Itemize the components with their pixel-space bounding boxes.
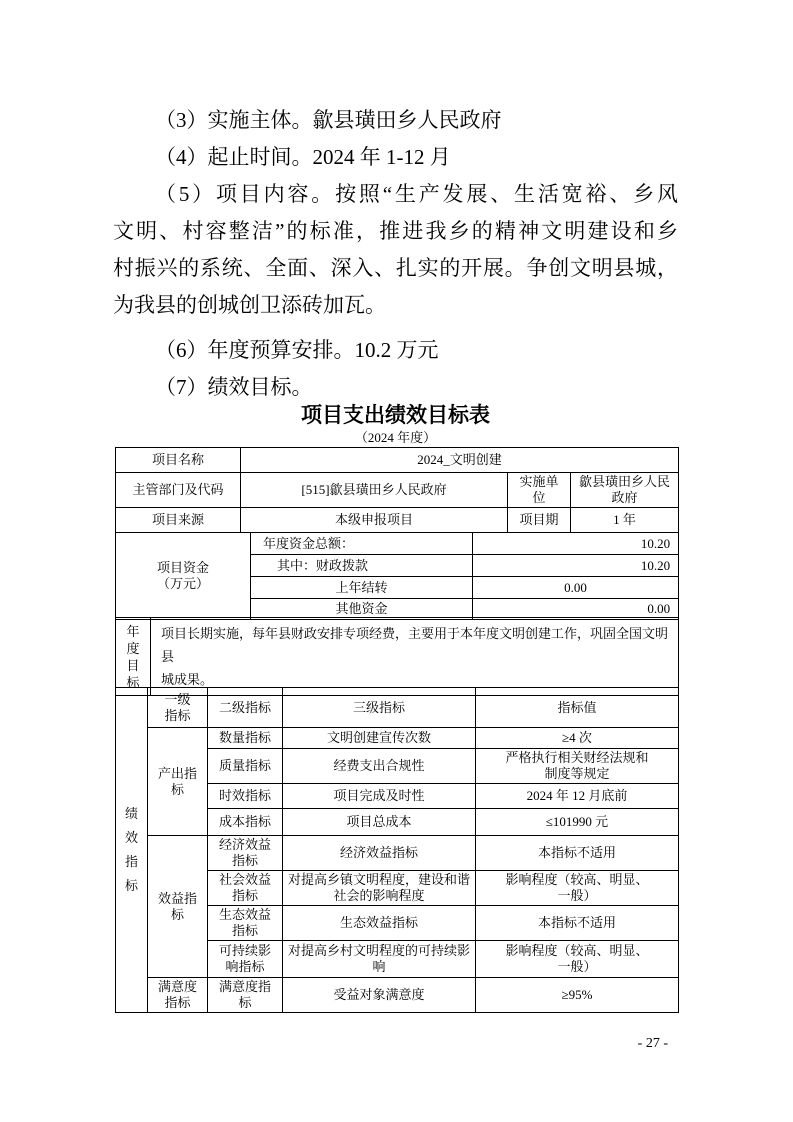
cell-impl-unit-value: 歙县璜田乡人民 政府 [571, 473, 679, 508]
cell-performance-label: 绩效指标 [116, 688, 148, 1013]
cell-satisfaction-group: 满意度 指标 [148, 978, 208, 1013]
row-quantity: 产出指 标 数量指标 文明创建宣传次数 ≥4 次 [116, 728, 679, 749]
indicator-table: 绩效指标 一级 指标 二级指标 三级指标 指标值 产出指 标 数量指标 文明创建… [115, 687, 679, 1013]
paragraph-line-6: （6）年度预算安排。10.2 万元 [113, 332, 678, 369]
cell-social-value: 影响程度（较高、明显、 一般） [476, 871, 679, 906]
cell-sustainable-l2: 可持续影 响指标 [208, 941, 283, 978]
cell-source-value: 本级申报项目 [241, 508, 508, 533]
cell-economic-l2: 经济效益 指标 [208, 836, 283, 871]
cell-cost-value: ≤101990 元 [476, 809, 679, 836]
cell-timeliness-l3: 项目完成及时性 [283, 784, 476, 809]
paragraph-line-4: （4）起止时间。2024 年 1-12 月 [113, 139, 678, 176]
cell-cost-l2: 成本指标 [208, 809, 283, 836]
cell-social-l2: 社会效益 指标 [208, 871, 283, 906]
cell-satisfaction-l2: 满意度指 标 [208, 978, 283, 1013]
row-source: 项目来源 本级申报项目 项目期 1 年 [116, 508, 679, 533]
paragraph-line-5b: 文明、村容整洁”的标准，推进我乡的精神文明建设和乡 [113, 213, 678, 250]
cell-funding-total-label: 年度资金总额： [251, 533, 473, 555]
cell-project-name-label: 项目名称 [116, 448, 241, 473]
cell-funding-label: 项目资金 （万元） [116, 533, 251, 620]
cell-quality-l2: 质量指标 [208, 749, 283, 784]
cell-satisfaction-value: ≥95% [476, 978, 679, 1013]
cell-output-group: 产出指 标 [148, 728, 208, 836]
info-table: 项目名称 2024_文明创建 主管部门及代码 [515]歙县璜田乡人民政府 实施… [115, 447, 679, 620]
header-level2: 二级指标 [208, 688, 283, 728]
cell-social-l3: 对提高乡镇文明程度，建设和谐 社会的影响程度 [283, 871, 476, 906]
cell-quantity-l3: 文明创建宣传次数 [283, 728, 476, 749]
row-satisfaction: 满意度 指标 满意度指 标 受益对象满意度 ≥95% [116, 978, 679, 1013]
cell-dept-label: 主管部门及代码 [116, 473, 241, 508]
header-value: 指标值 [476, 688, 679, 728]
cell-funding-fiscal-value: 10.20 [473, 555, 679, 577]
row-indicator-header: 绩效指标 一级 指标 二级指标 三级指标 指标值 [116, 688, 679, 728]
cell-period-value: 1 年 [571, 508, 679, 533]
row-economic: 效益指 标 经济效益 指标 经济效益指标 本指标不适用 [116, 836, 679, 871]
cell-economic-l3: 经济效益指标 [283, 836, 476, 871]
paragraph-line-5a: （5）项目内容。按照“生产发展、生活宽裕、乡风 [113, 176, 678, 213]
cell-ecological-l3: 生态效益指标 [283, 906, 476, 941]
cell-period-label: 项目期 [508, 508, 571, 533]
table-title: 项目支出绩效目标表 [113, 403, 678, 429]
paragraph-line-3: （3）实施主体。歙县璜田乡人民政府 [113, 102, 678, 139]
cell-timeliness-l2: 时效指标 [208, 784, 283, 809]
cell-benefit-group: 效益指 标 [148, 836, 208, 978]
cell-timeliness-value: 2024 年 12 月底前 [476, 784, 679, 809]
cell-project-name-value: 2024_文明创建 [241, 448, 679, 473]
cell-quality-l3: 经费支出合规性 [283, 749, 476, 784]
paragraph-line-7: （7）绩效目标。 [113, 369, 678, 406]
cell-funding-carryover-label: 上年结转 [251, 577, 473, 599]
document-page: （3）实施主体。歙县璜田乡人民政府 （4）起止时间。2024 年 1-12 月 … [0, 0, 793, 1122]
row-annual-goal: 年度目标 项目长期实施，每年县财政安排专项经费，主要用于本年度文明创建工作，巩固… [116, 618, 679, 696]
header-level1: 一级 指标 [148, 688, 208, 728]
cell-economic-value: 本指标不适用 [476, 836, 679, 871]
header-level3: 三级指标 [283, 688, 476, 728]
cell-dept-value: [515]歙县璜田乡人民政府 [241, 473, 508, 508]
page-number: - 27 - [113, 1036, 668, 1052]
cell-sustainable-l3: 对提高乡村文明程度的可持续影 响 [283, 941, 476, 978]
cell-ecological-l2: 生态效益 指标 [208, 906, 283, 941]
performance-vertical-label: 绩效指标 [125, 802, 139, 898]
cell-cost-l3: 项目总成本 [283, 809, 476, 836]
cell-satisfaction-l3: 受益对象满意度 [283, 978, 476, 1013]
paragraph-line-5c: 村振兴的系统、全面、深入、扎实的开展。争创文明县城， [113, 250, 678, 287]
annual-goal-vertical-label: 年度目标 [126, 623, 140, 691]
row-funding-total: 项目资金 （万元） 年度资金总额： 10.20 [116, 533, 679, 555]
cell-sustainable-value: 影响程度（较高、明显、 一般） [476, 941, 679, 978]
table-subtitle: （2024 年度） [113, 430, 678, 446]
row-dept: 主管部门及代码 [515]歙县璜田乡人民政府 实施单 位 歙县璜田乡人民 政府 [116, 473, 679, 508]
cell-funding-fiscal-label: 其中：财政拨款 [251, 555, 473, 577]
cell-annual-goal-text: 项目长期实施，每年县财政安排专项经费，主要用于本年度文明创建工作，巩固全国文明县… [151, 618, 679, 696]
cell-annual-goal-label: 年度目标 [116, 618, 151, 696]
cell-source-label: 项目来源 [116, 508, 241, 533]
row-project-name: 项目名称 2024_文明创建 [116, 448, 679, 473]
cell-quantity-value: ≥4 次 [476, 728, 679, 749]
cell-funding-total-value: 10.20 [473, 533, 679, 555]
cell-funding-carryover-value: 0.00 [473, 577, 679, 599]
paragraph-line-5d: 为我县的创城创卫添砖加瓦。 [113, 287, 678, 324]
annual-goal-table: 年度目标 项目长期实施，每年县财政安排专项经费，主要用于本年度文明创建工作，巩固… [115, 617, 679, 696]
cell-ecological-value: 本指标不适用 [476, 906, 679, 941]
cell-quantity-l2: 数量指标 [208, 728, 283, 749]
cell-impl-unit-label: 实施单 位 [508, 473, 571, 508]
cell-quality-value: 严格执行相关财经法规和 制度等规定 [476, 749, 679, 784]
body-text: （3）实施主体。歙县璜田乡人民政府 （4）起止时间。2024 年 1-12 月 … [113, 102, 678, 406]
